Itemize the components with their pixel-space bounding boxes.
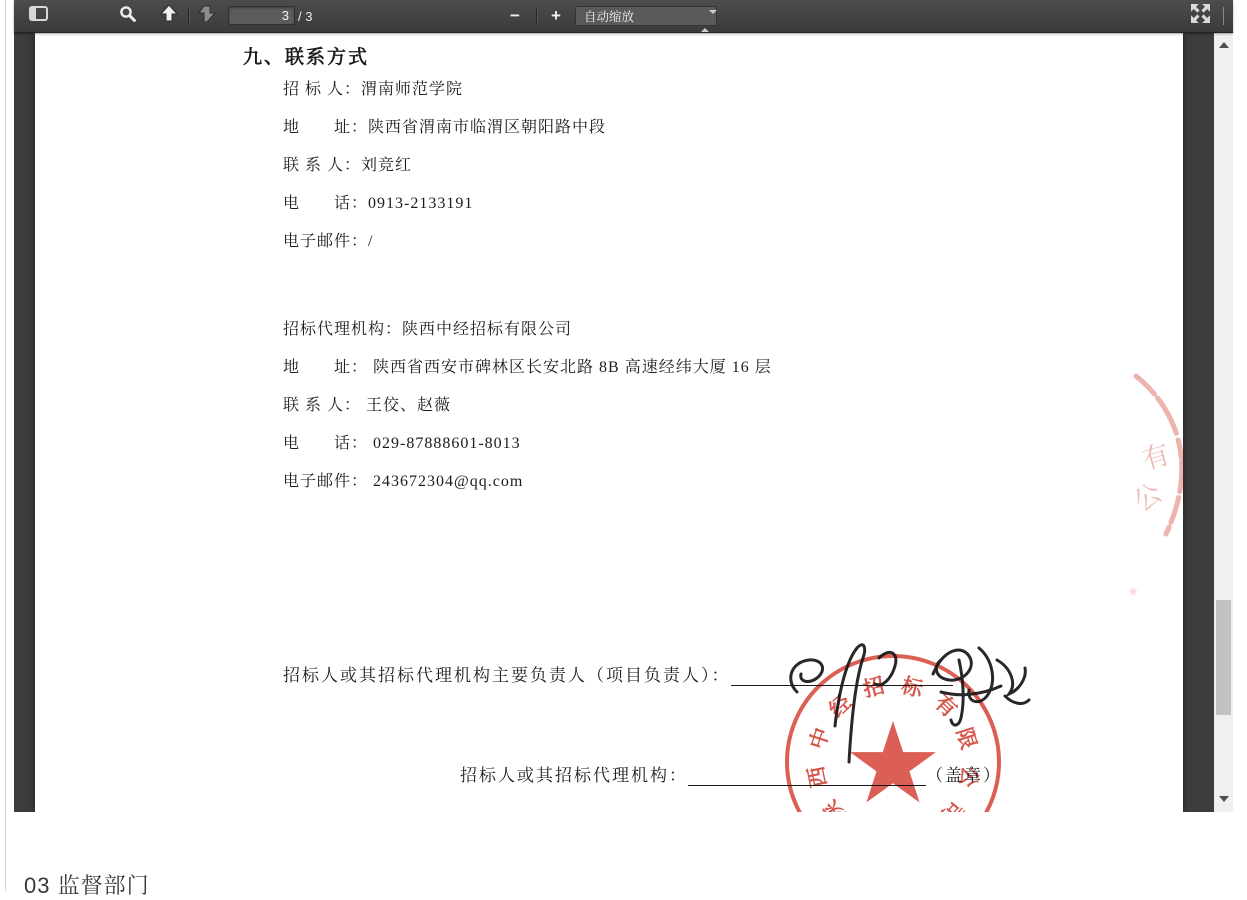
scrollbar-thumb[interactable] [1216,600,1231,715]
arrow-down-icon [198,5,216,27]
toolbar-separator [536,8,537,24]
contact-row: 地 址：陕西省渭南市临渭区朝阳路中段 [283,118,606,138]
vertical-scrollbar[interactable] [1214,32,1233,812]
previous-page-button[interactable] [156,3,182,28]
page-count-label: / 3 [298,9,312,24]
faint-company-seal: 有 公 ✳ [1070,368,1183,608]
toolbar-separator [188,8,189,24]
arrow-up-icon [160,5,178,27]
contact-row: 联 系 人： 王佼、赵薇 [283,396,451,416]
chevron-updown-icon [701,11,709,23]
scroll-down-arrow-icon[interactable] [1219,796,1229,802]
toolbar-separator [1223,7,1224,25]
pdf-toolbar: / 3 − + 自动缩放 [14,0,1233,33]
scroll-up-arrow-icon[interactable] [1219,42,1229,48]
zoom-scale-select[interactable]: 自动缩放 [575,6,717,26]
svg-text:✳: ✳ [1128,585,1138,599]
contact-row: 地 址： 陕西省西安市碑林区长安北路 8B 高速经纬大厦 16 层 [283,358,772,378]
plus-icon: + [551,7,561,24]
faint-seal-char: 有 [1139,439,1173,475]
search-icon [119,5,136,27]
section-heading: 九、联系方式 [243,46,369,70]
zoom-scale-value: 自动缩放 [584,10,634,24]
pdf-page: 九、联系方式 招 标 人：渭南师范学院 地 址：陕西省渭南市临渭区朝阳路中段 联… [35,32,1183,812]
viewer-content-area: 九、联系方式 招 标 人：渭南师范学院 地 址：陕西省渭南市临渭区朝阳路中段 联… [14,32,1233,812]
contact-row: 联 系 人：刘竞红 [283,156,412,176]
contact-row: 电 话： 029-87888601-8013 [283,434,521,454]
handwritten-signature [783,630,1033,780]
page-number-input[interactable] [228,6,295,25]
contact-row: 电子邮件： 243672304@qq.com [283,472,523,492]
presentation-mode-button[interactable] [1187,3,1213,28]
zoom-out-button[interactable]: − [502,3,528,28]
contact-row: 电 话：0913-2133191 [283,194,473,214]
pdf-viewer: / 3 − + 自动缩放 [14,0,1233,812]
sidebar-toggle-button[interactable] [25,3,51,28]
minus-icon: − [510,7,520,24]
fullscreen-icon [1191,4,1210,28]
contact-row: 招 标 人：渭南师范学院 [283,80,463,100]
sidebar-toggle-icon [29,6,48,26]
embedding-page-text: 03 监督部门 [24,869,150,891]
faint-seal-char: 公 [1128,478,1167,518]
search-button[interactable] [114,3,140,28]
zoom-in-button[interactable]: + [543,3,569,28]
contact-row: 招标代理机构：陕西中经招标有限公司 [283,320,572,340]
embed-frame-border [5,0,6,891]
next-page-button[interactable] [194,3,220,28]
contact-row: 电子邮件：/ [283,232,373,252]
